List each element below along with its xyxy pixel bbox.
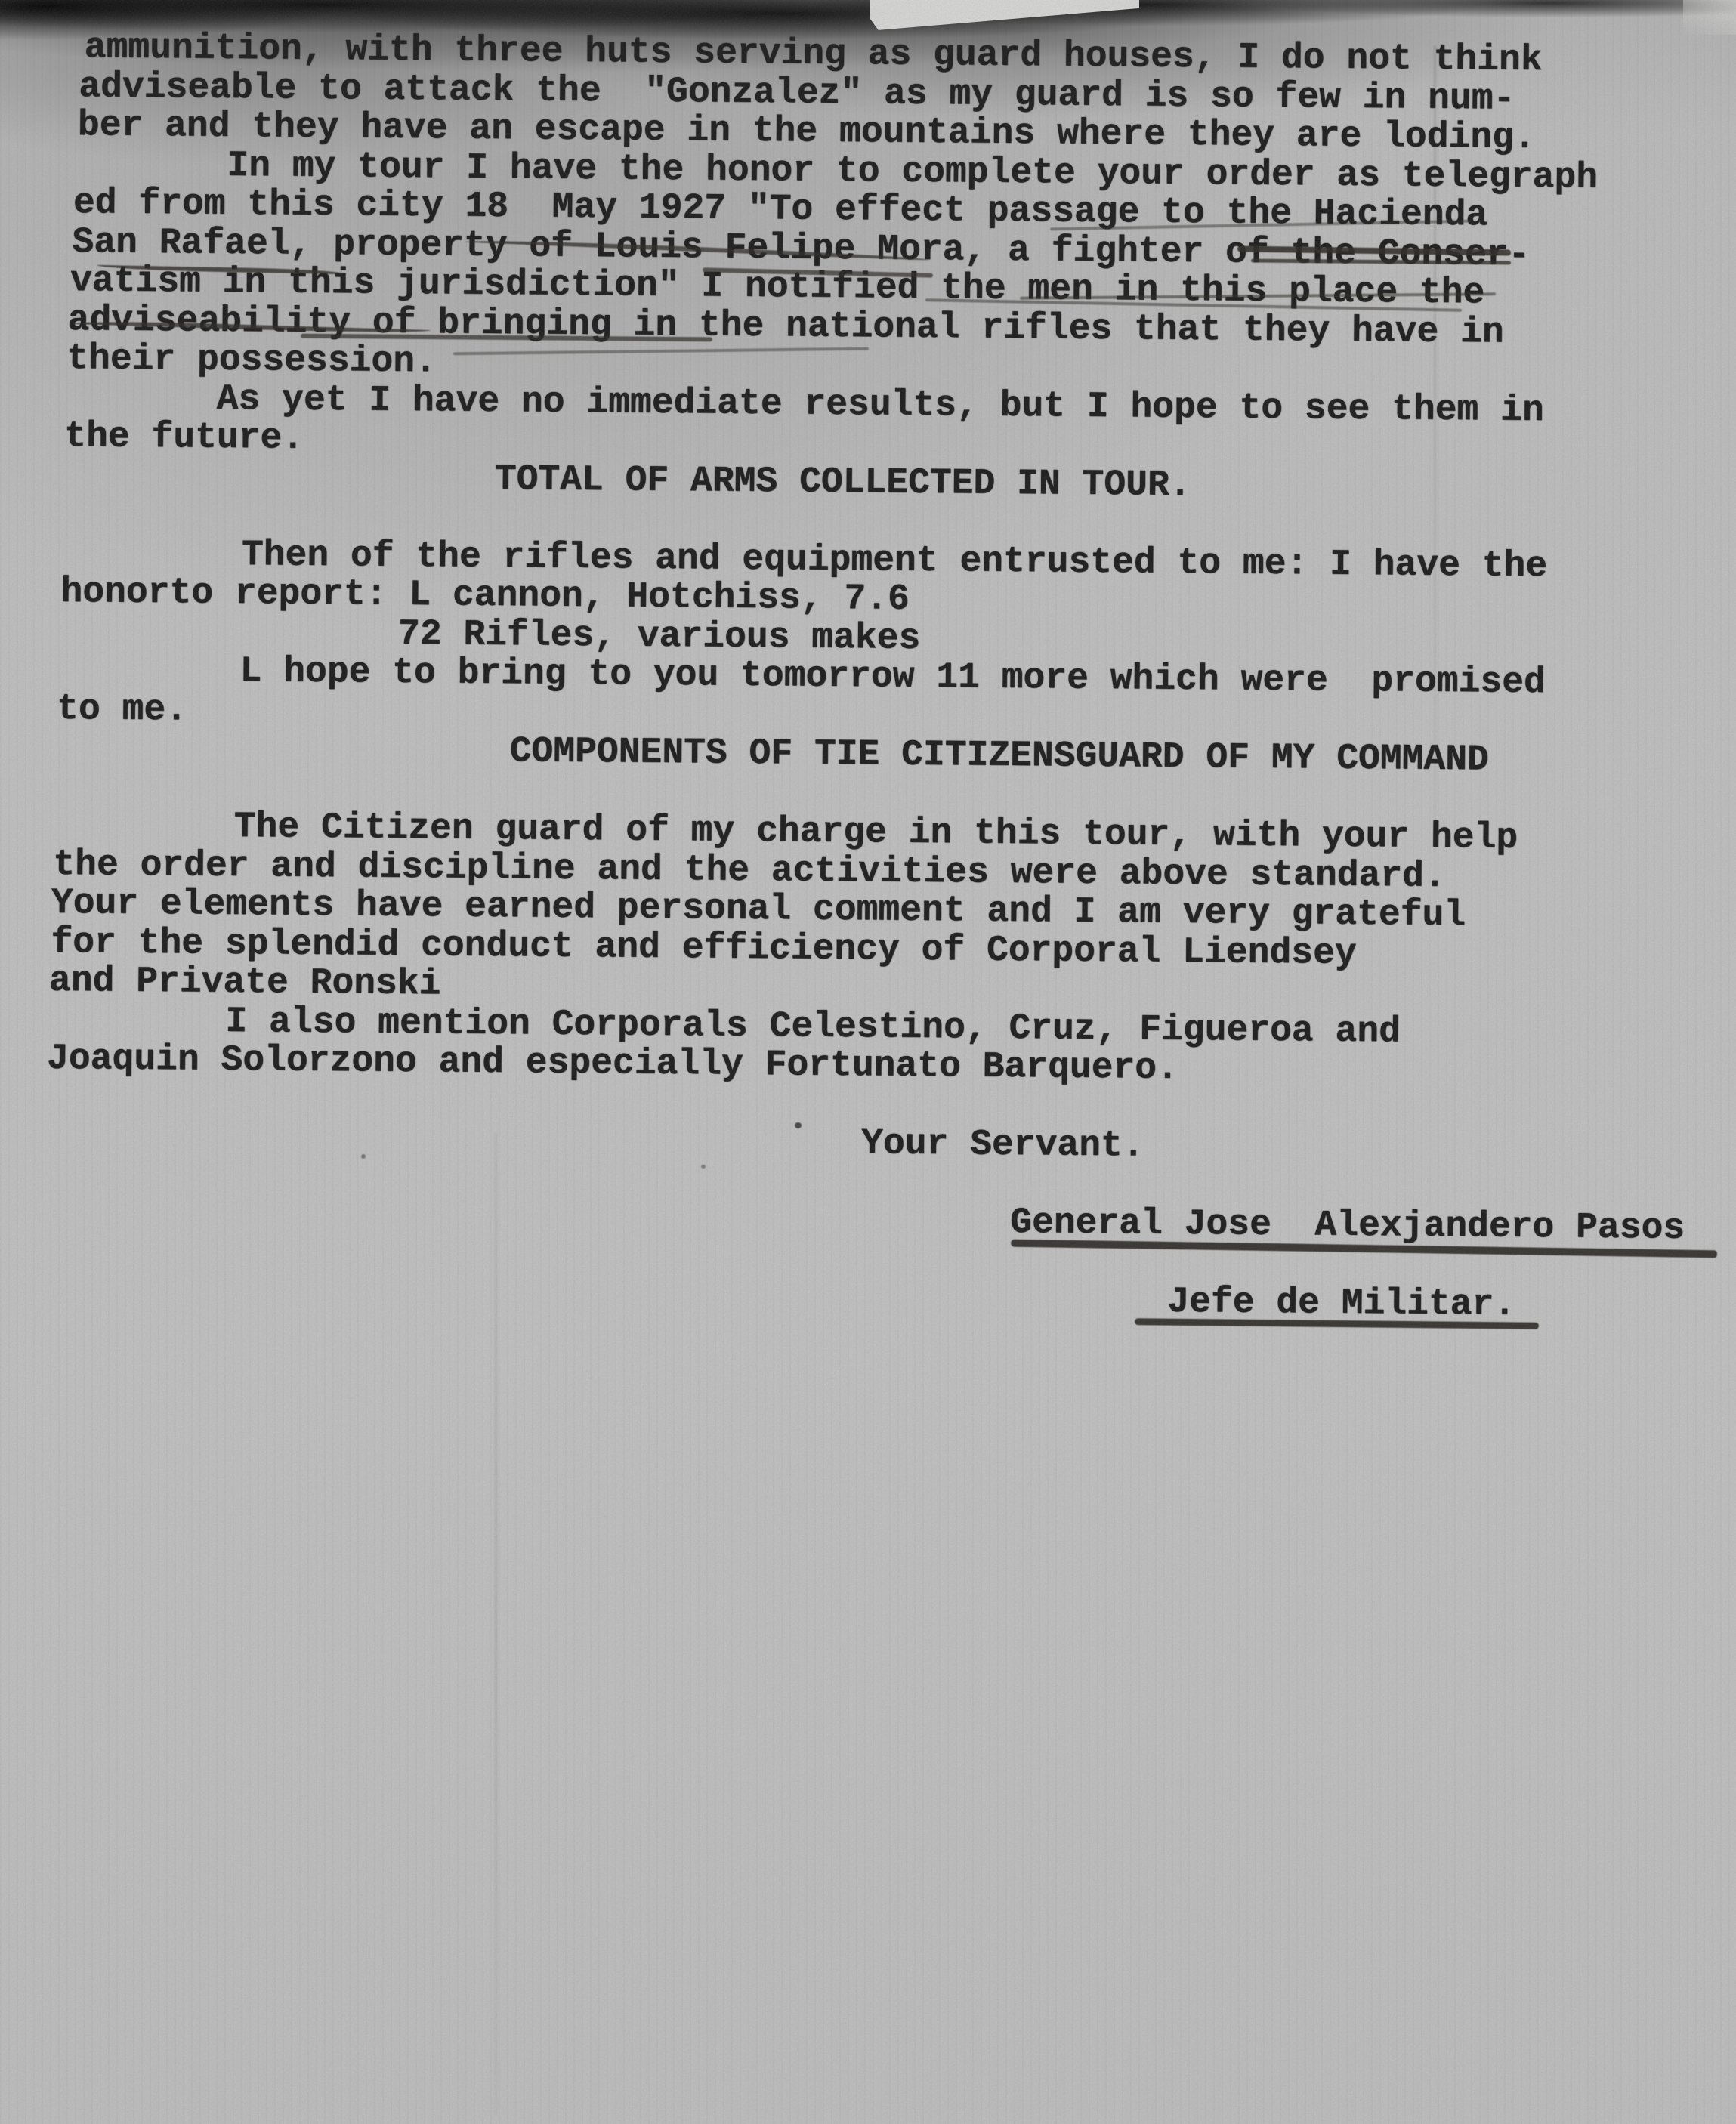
scan-corner-highlight — [1683, 0, 1736, 35]
scan-speck — [701, 1165, 706, 1169]
scan-speck — [795, 1122, 802, 1128]
scan-speck — [361, 1154, 366, 1159]
typewritten-text-block: ammunition, with three huts serving as g… — [0, 28, 1736, 1326]
scanned-letter-page: ammunition, with three huts serving as g… — [0, 0, 1736, 2124]
